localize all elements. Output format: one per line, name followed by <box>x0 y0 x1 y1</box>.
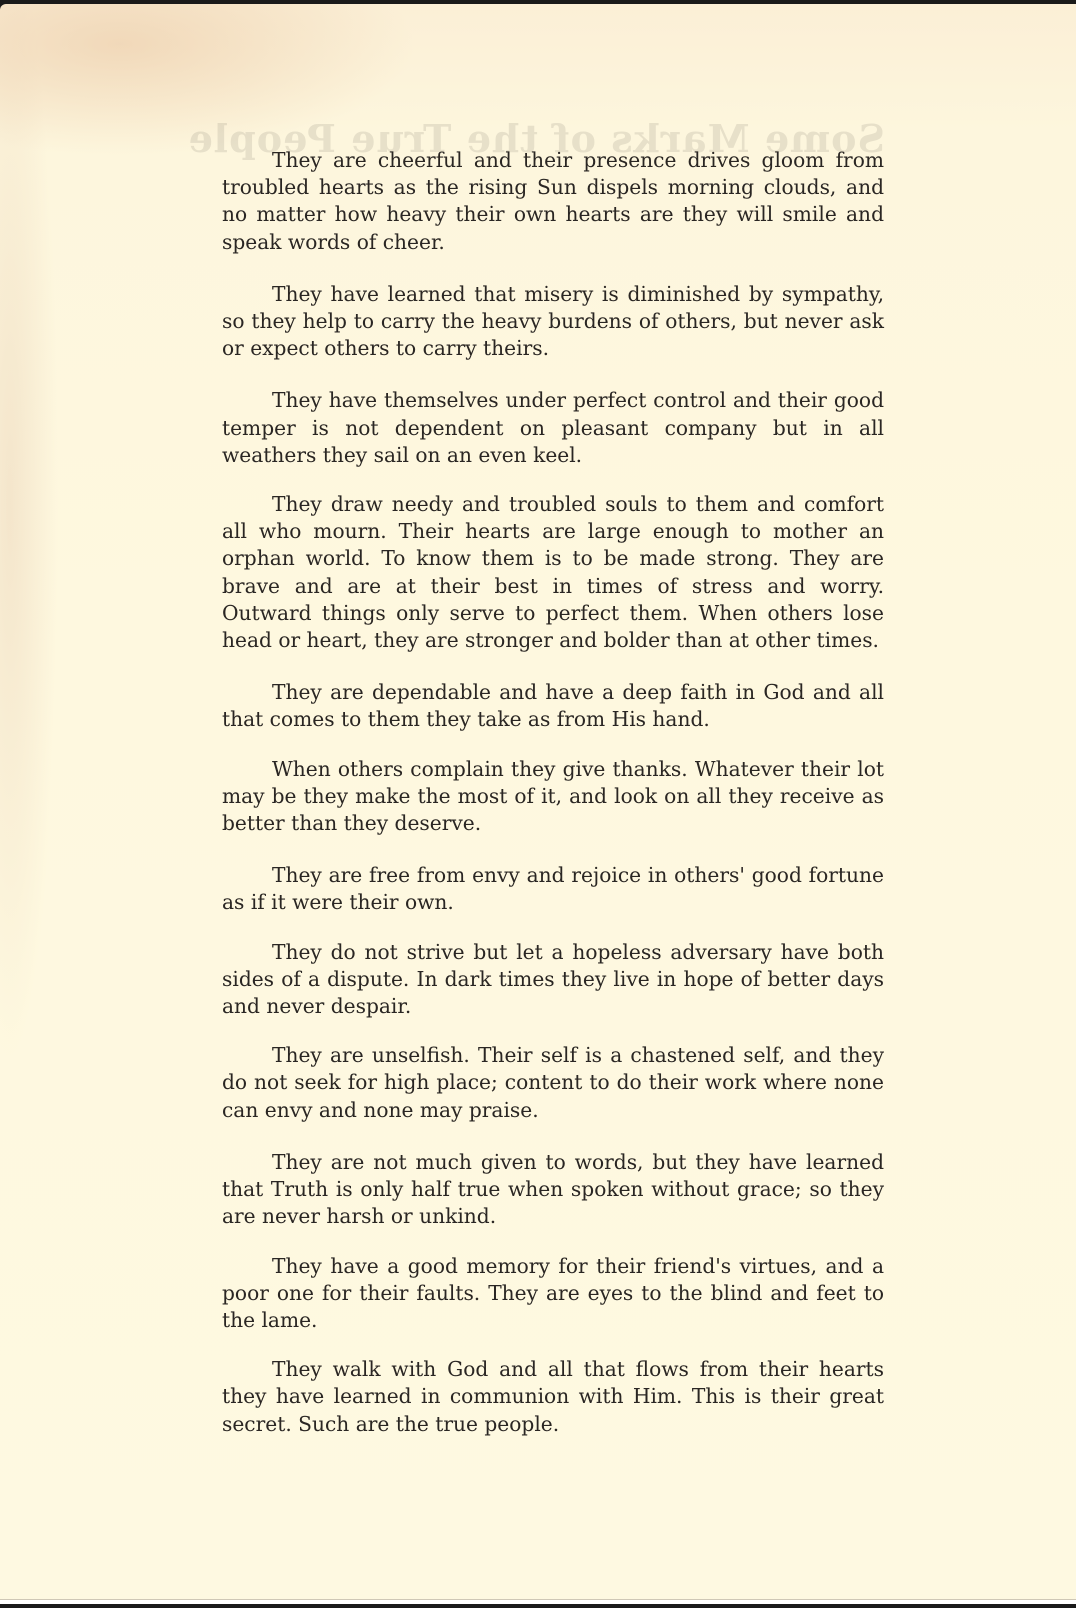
paragraph-walk-with-god: They walk with God and all that flows fr… <box>222 1356 884 1438</box>
body-text: They are cheerful and their presence dri… <box>222 147 884 1463</box>
paragraph-strive: They do not strive but let a hopeless ad… <box>222 939 884 1021</box>
paragraph-dependable: They are dependable and have a deep fait… <box>222 679 884 733</box>
paragraph-cheerful: They are cheerful and their presence dri… <box>222 147 884 256</box>
scanned-page: Some Marks of the True People They are c… <box>0 4 1076 1604</box>
paragraph-sympathy: They have learned that misery is diminis… <box>222 281 884 363</box>
paragraph-unselfish: They are unselfish. Their self is a chas… <box>222 1042 884 1124</box>
paragraph-thanks: When others complain they give thanks. W… <box>222 756 884 838</box>
paragraph-comfort: They draw needy and troubled souls to th… <box>222 491 884 654</box>
paragraph-self-control: They have themselves under perfect contr… <box>222 387 884 469</box>
paragraph-words: They are not much given to words, but th… <box>222 1149 884 1231</box>
paragraph-memory: They have a good memory for their friend… <box>222 1253 884 1335</box>
paragraph-envy: They are free from envy and rejoice in o… <box>222 862 884 916</box>
